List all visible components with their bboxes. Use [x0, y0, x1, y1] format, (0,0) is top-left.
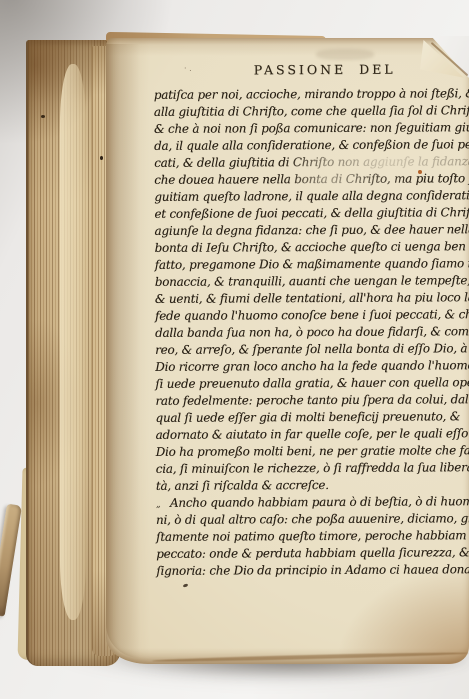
ink-speck: [41, 115, 45, 118]
text-line: Ancho quando habbiam paura ò di beſtia, …: [170, 494, 469, 510]
text-line: fatto, pregamone Dio & maßimamente quand…: [155, 255, 469, 274]
text-line: qual ſi uede eſſer gia di molti benefici…: [155, 408, 469, 427]
ink-speck: [418, 170, 422, 174]
text-line: adornato & aiutato in far quelle coſe, p…: [156, 425, 469, 444]
text-line: dalla banda ſua non ha, ò poco ha doue f…: [155, 323, 469, 342]
body-text: patiſca per noi, accioche, mirando tropp…: [154, 85, 469, 580]
text-line: ſi uede preuenuto dalla gratia, & hauer …: [155, 374, 469, 393]
text-line: da, il quale alla conſideratione, & conf…: [154, 136, 469, 155]
text-line-faded: cati, & della giuſtitia di Chriſto non a…: [154, 153, 469, 172]
text-line: ſtamente noi patimo queſto timore, peroc…: [156, 527, 469, 546]
text-block: PASSIONE DEL patiſca per noi, accioche, …: [154, 61, 469, 580]
running-title: PASSIONE DEL: [254, 61, 469, 86]
text-line-faded: che douea hauere nella bonta di Chriſto,…: [154, 170, 469, 189]
text-line: reo, & arreſo, & ſperante ſol nella bont…: [155, 340, 469, 359]
text-line: et confeßione de ſuoi peccati, & della g…: [154, 204, 469, 223]
text-line: & che à noi non ſi poßa comunicare: non …: [154, 119, 469, 138]
text-line: rato fedelmente: peroche tanto piu ſpera…: [155, 391, 469, 410]
paragraph-start-line: „Ancho quando habbiam paura ò di beſtia,…: [156, 493, 469, 512]
gutter-shading: [106, 44, 140, 658]
text-line: cia, ſi minuiſcon le richezze, ò ſi raff…: [156, 459, 469, 478]
photo-of-open-book: · . PASSIONE DEL patiſca per noi, accioc…: [0, 0, 469, 699]
text-line: & uenti, & fiumi delle tentationi, all'h…: [155, 289, 469, 308]
text-line: Dio ha promeßo molti beni, ne per gratie…: [156, 442, 469, 461]
text-line: alla giuſtitia di Chriſto, come che quel…: [154, 102, 469, 121]
text-line: patiſca per noi, accioche, mirando tropp…: [154, 85, 469, 104]
text-line: guitiam queſto ladrone, il quale alla de…: [154, 187, 469, 206]
text-line: ni, ò di qual altro caſo: che poßa auuen…: [156, 510, 469, 529]
text-line: bonaccia, & tranquilli, auanti che uenga…: [155, 272, 469, 291]
text-line: tà, anzi ſi riſcalda & accreſce.: [156, 476, 469, 495]
text-line: peccato: onde & perduta habbiam quella ſ…: [156, 544, 469, 563]
text-line: Dio ricorre gran loco ancho ha la fede q…: [155, 357, 469, 376]
ink-offset-smudge: [316, 49, 374, 60]
text-line: fede quando l'huomo conoſce bene i ſuoi …: [155, 306, 469, 325]
paragraph-mark: „: [156, 497, 164, 514]
text-line: ſignoria: che Dio da principio in Adamo …: [156, 561, 469, 580]
bottom-right-stain: [339, 569, 469, 664]
page-stack-highlight: [60, 64, 86, 620]
margin-dots: · .: [184, 66, 198, 72]
ink-speck: [100, 156, 103, 160]
text-line: agiunſe la degna fidanza: che ſi puo, & …: [154, 221, 469, 240]
text-line: bonta di Ieſu Chriſto, & accioche queſto…: [155, 238, 469, 257]
